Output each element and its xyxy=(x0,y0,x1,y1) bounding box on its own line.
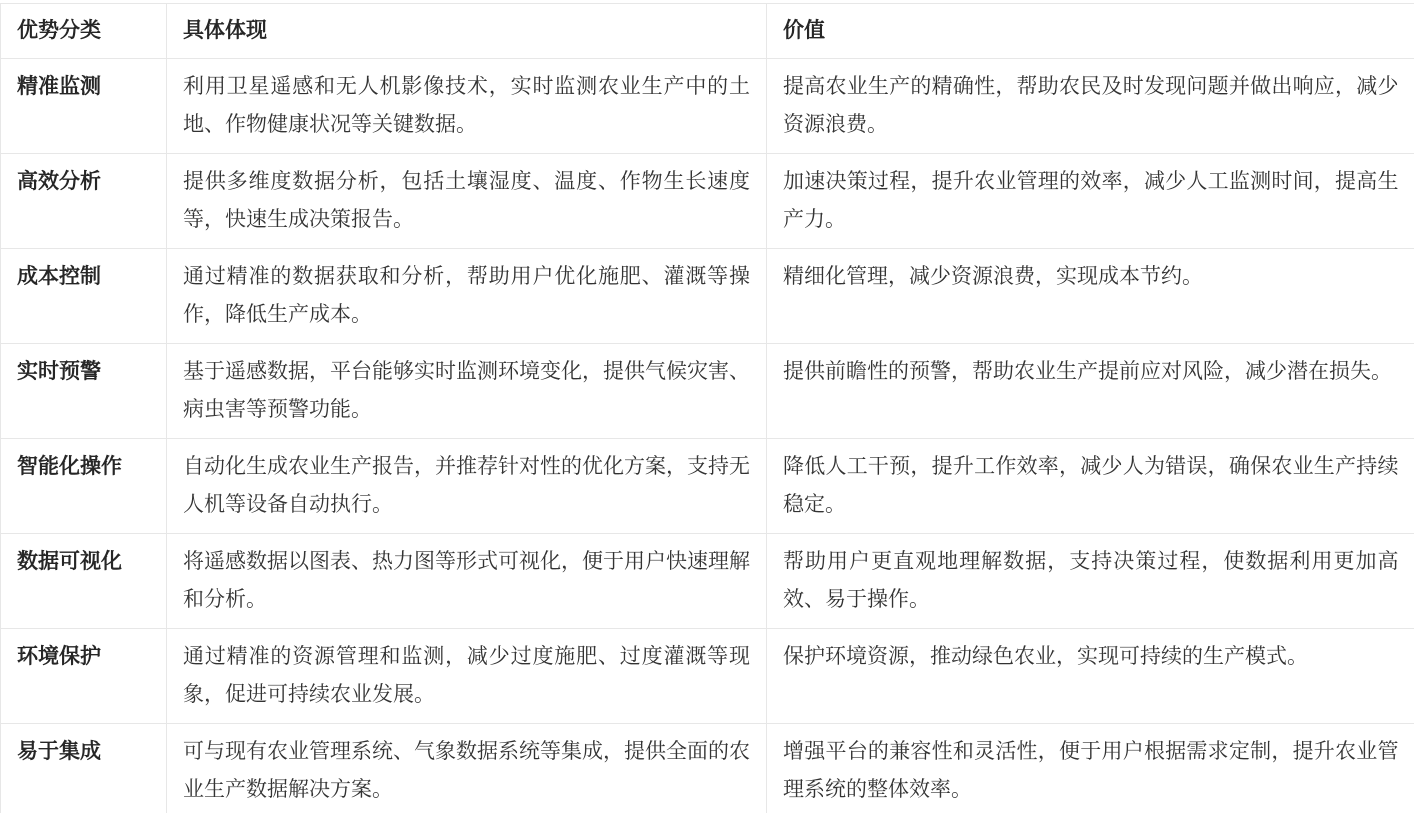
detail-cell: 通过精准的资源管理和监测，减少过度施肥、过度灌溉等现象，促进可持续农业发展。 xyxy=(167,629,767,724)
table-row: 易于集成 可与现有农业管理系统、气象数据系统等集成，提供全面的农业生产数据解决方… xyxy=(1,724,1414,813)
header-category: 优势分类 xyxy=(1,4,167,59)
table-row: 高效分析 提供多维度数据分析，包括土壤湿度、温度、作物生长速度等，快速生成决策报… xyxy=(1,154,1414,249)
category-cell: 数据可视化 xyxy=(1,534,167,629)
value-cell: 增强平台的兼容性和灵活性，便于用户根据需求定制，提升农业管理系统的整体效率。 xyxy=(767,724,1414,813)
detail-cell: 自动化生成农业生产报告，并推荐针对性的优化方案，支持无人机等设备自动执行。 xyxy=(167,439,767,534)
value-cell: 帮助用户更直观地理解数据，支持决策过程，使数据利用更加高效、易于操作。 xyxy=(767,534,1414,629)
detail-cell: 通过精准的数据获取和分析，帮助用户优化施肥、灌溉等操作，降低生产成本。 xyxy=(167,249,767,344)
value-cell: 保护环境资源，推动绿色农业，实现可持续的生产模式。 xyxy=(767,629,1414,724)
value-cell: 加速决策过程，提升农业管理的效率，减少人工监测时间，提高生产力。 xyxy=(767,154,1414,249)
detail-cell: 利用卫星遥感和无人机影像技术，实时监测农业生产中的土地、作物健康状况等关键数据。 xyxy=(167,59,767,154)
detail-cell: 基于遥感数据，平台能够实时监测环境变化，提供气候灾害、病虫害等预警功能。 xyxy=(167,344,767,439)
value-cell: 提供前瞻性的预警，帮助农业生产提前应对风险，减少潜在损失。 xyxy=(767,344,1414,439)
detail-cell: 提供多维度数据分析，包括土壤湿度、温度、作物生长速度等，快速生成决策报告。 xyxy=(167,154,767,249)
advantage-table: 优势分类 具体体现 价值 精准监测 利用卫星遥感和无人机影像技术，实时监测农业生… xyxy=(0,3,1414,813)
category-cell: 成本控制 xyxy=(1,249,167,344)
table-header-row: 优势分类 具体体现 价值 xyxy=(1,4,1414,59)
table-row: 实时预警 基于遥感数据，平台能够实时监测环境变化，提供气候灾害、病虫害等预警功能… xyxy=(1,344,1414,439)
value-cell: 提高农业生产的精确性，帮助农民及时发现问题并做出响应，减少资源浪费。 xyxy=(767,59,1414,154)
category-cell: 精准监测 xyxy=(1,59,167,154)
table-row: 成本控制 通过精准的数据获取和分析，帮助用户优化施肥、灌溉等操作，降低生产成本。… xyxy=(1,249,1414,344)
table-row: 精准监测 利用卫星遥感和无人机影像技术，实时监测农业生产中的土地、作物健康状况等… xyxy=(1,59,1414,154)
detail-cell: 将遥感数据以图表、热力图等形式可视化，便于用户快速理解和分析。 xyxy=(167,534,767,629)
document-body: 优势分类 具体体现 价值 精准监测 利用卫星遥感和无人机影像技术，实时监测农业生… xyxy=(0,0,1414,813)
value-cell: 精细化管理，减少资源浪费，实现成本节约。 xyxy=(767,249,1414,344)
value-cell: 降低人工干预，提升工作效率，减少人为错误，确保农业生产持续稳定。 xyxy=(767,439,1414,534)
table-row: 数据可视化 将遥感数据以图表、热力图等形式可视化，便于用户快速理解和分析。 帮助… xyxy=(1,534,1414,629)
header-detail: 具体体现 xyxy=(167,4,767,59)
table-row: 智能化操作 自动化生成农业生产报告，并推荐针对性的优化方案，支持无人机等设备自动… xyxy=(1,439,1414,534)
category-cell: 易于集成 xyxy=(1,724,167,813)
header-value: 价值 xyxy=(767,4,1414,59)
detail-cell: 可与现有农业管理系统、气象数据系统等集成，提供全面的农业生产数据解决方案。 xyxy=(167,724,767,813)
table-row: 环境保护 通过精准的资源管理和监测，减少过度施肥、过度灌溉等现象，促进可持续农业… xyxy=(1,629,1414,724)
category-cell: 智能化操作 xyxy=(1,439,167,534)
category-cell: 环境保护 xyxy=(1,629,167,724)
category-cell: 实时预警 xyxy=(1,344,167,439)
category-cell: 高效分析 xyxy=(1,154,167,249)
